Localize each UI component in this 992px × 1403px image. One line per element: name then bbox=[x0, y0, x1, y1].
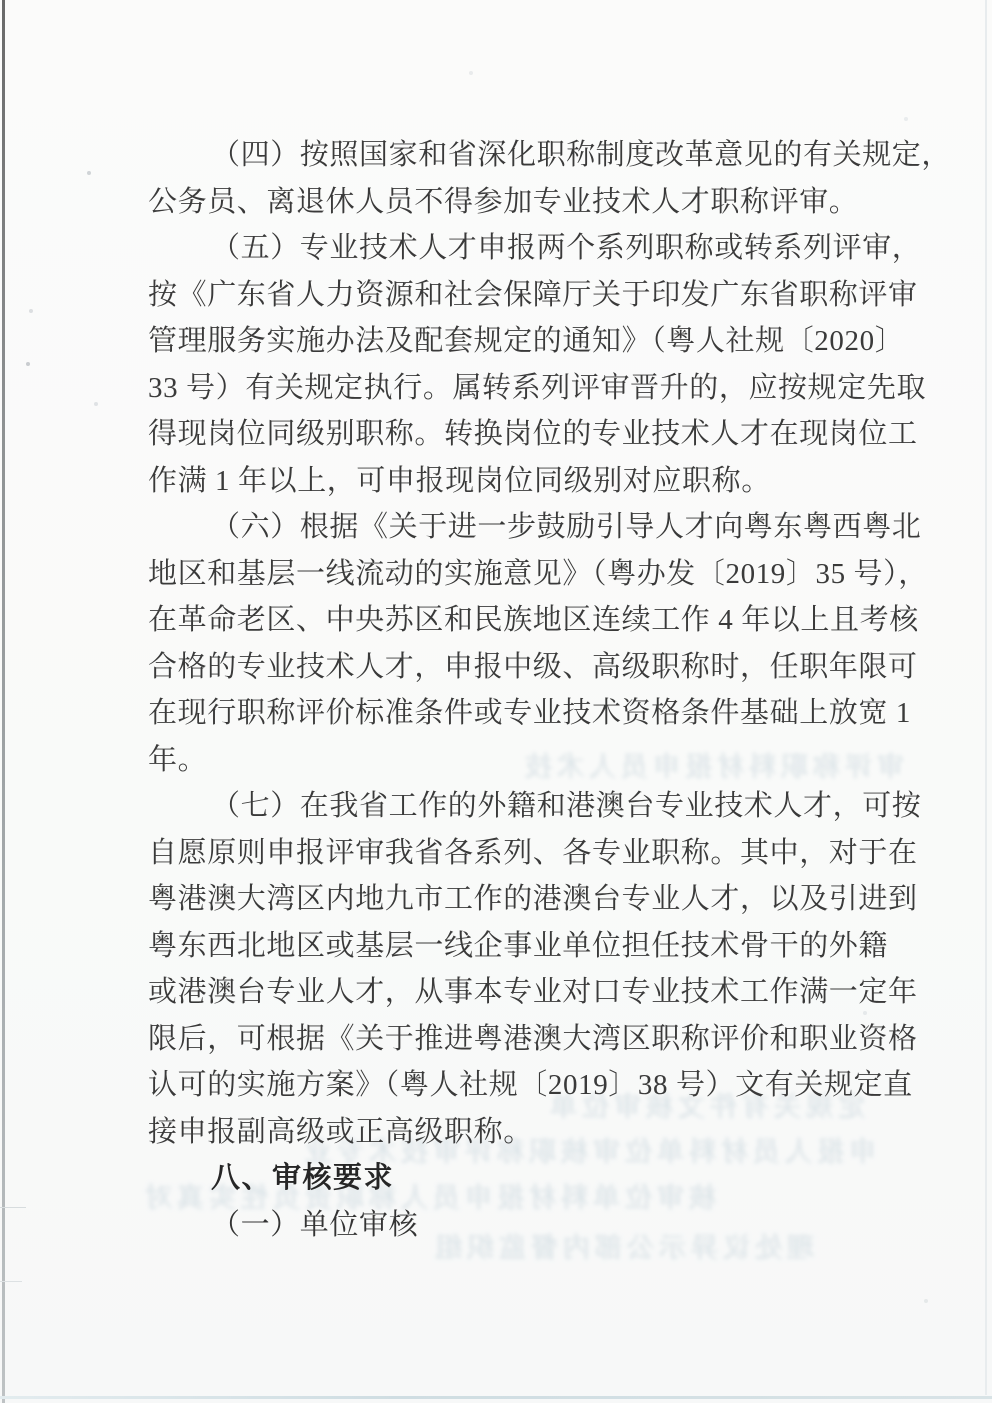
text-line: 接申报副高级或正高级职称。 bbox=[148, 1109, 864, 1156]
text-line: 得现岗位同级别职称。转换岗位的专业技术人才在现岗位工 bbox=[148, 411, 864, 458]
text-line: 限后，可根据《关于推进粤港澳大湾区职称评价和职业资格 bbox=[148, 1016, 864, 1063]
text-line: 在革命老区、中央苏区和民族地区连续工作 4 年以上且考核 bbox=[148, 597, 864, 644]
text-line: （六）根据《关于进一步鼓励引导人才向粤东粤西粤北 bbox=[148, 504, 864, 551]
text-line: 33 号）有关规定执行。属转系列评审晋升的，应按规定先取 bbox=[148, 365, 864, 412]
text-line: 按《广东省人力资源和社会保障厅关于印发广东省职称评审 bbox=[148, 272, 864, 319]
text-line: 地区和基层一线流动的实施意见》（粤办发〔2019〕35 号）， bbox=[148, 551, 864, 598]
scan-edge-bottom-artifact bbox=[0, 1396, 992, 1399]
section-8-heading: 八、审核要求 bbox=[148, 1155, 864, 1202]
text-line: 自愿原则申报评审我省各系列、各专业职称。其中，对于在 bbox=[148, 830, 864, 877]
text-line: 公务员、离退休人员不得参加专业技术人才职称评审。 bbox=[148, 179, 864, 226]
text-line: 粤港澳大湾区内地九市工作的港澳台专业人才，以及引进到 bbox=[148, 876, 864, 923]
scan-tick-artifact bbox=[0, 1207, 26, 1208]
section-8-1-subheading: （一）单位审核 bbox=[148, 1202, 864, 1249]
scan-edge-left-artifact bbox=[2, 0, 5, 1403]
text-line: 合格的专业技术人才，申报中级、高级职称时，任职年限可 bbox=[148, 644, 864, 691]
document-body: （四）按照国家和省深化职称制度改革意见的有关规定，公务员、离退休人员不得参加专业… bbox=[148, 132, 864, 1248]
text-line: 作满 1 年以上，可申报现岗位同级别对应职称。 bbox=[148, 458, 864, 505]
text-line: 年。 bbox=[148, 737, 864, 784]
scan-edge-right-artifact bbox=[985, 0, 987, 1395]
text-line: （七）在我省工作的外籍和港澳台专业技术人才，可按 bbox=[148, 783, 864, 830]
text-line: 认可的实施方案》（粤人社规〔2019〕38 号）文有关规定直 bbox=[148, 1062, 864, 1109]
text-line: 在现行职称评价标准条件或专业技术资格条件基础上放宽 1 bbox=[148, 690, 864, 737]
text-line: （五）专业技术人才申报两个系列职称或转系列评审， bbox=[148, 225, 864, 272]
scan-noise-speckles bbox=[0, 0, 2, 2]
text-line: 或港澳台专业人才，从事本专业对口专业技术工作满一定年 bbox=[148, 969, 864, 1016]
text-line: （四）按照国家和省深化职称制度改革意见的有关规定， bbox=[148, 132, 864, 179]
scanned-document-page: 审评称职料材报申员人术技定规关有件文核审位单申报人员材料单位审核职称评审技术专业… bbox=[0, 0, 992, 1403]
text-line: 粤东西北地区或基层一线企事业单位担任技术骨干的外籍 bbox=[148, 923, 864, 970]
text-line: 管理服务实施办法及配套规定的通知》（粤人社规〔2020〕 bbox=[148, 318, 864, 365]
scan-tick-artifact bbox=[0, 1281, 22, 1282]
